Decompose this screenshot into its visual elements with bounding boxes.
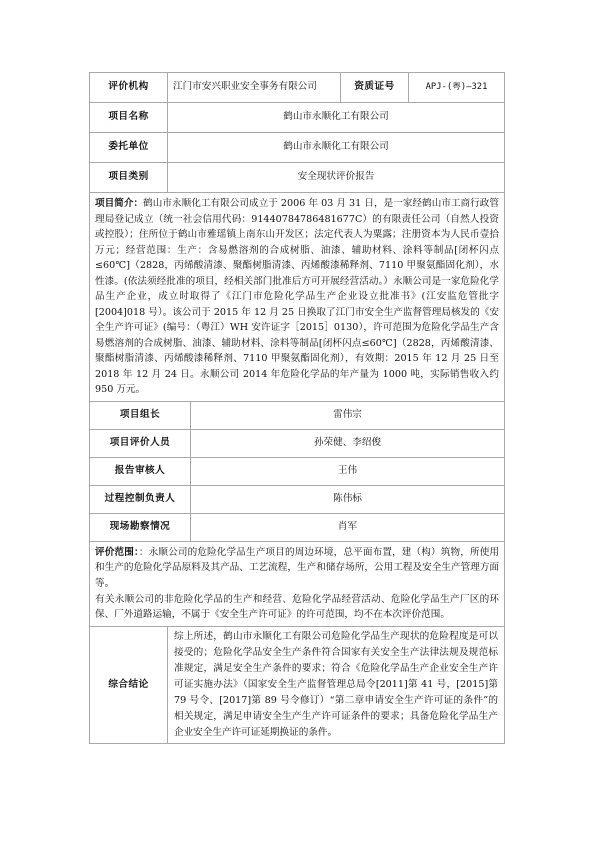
scope-text-1: ：永顺公司的危险化学品生产项目的周边环境，总平面布置，建（构）筑物，所使用和生产… bbox=[95, 547, 499, 589]
evaluators-label: 项目评价人员 bbox=[90, 429, 191, 457]
client-value: 鹤山市永顺化工有限公司 bbox=[168, 133, 505, 163]
team-leader-value: 雷伟宗 bbox=[191, 401, 505, 429]
row-scope: 评价范围：：永顺公司的危险化学品生产项目的周边环境，总平面布置，建（构）筑物，所… bbox=[90, 541, 505, 626]
scope-label: 评价范围： bbox=[95, 547, 139, 558]
info-table: 评价机构 江门市安兴职业安全事务有限公司 资质证号 APJ-(粤)—321 项目… bbox=[89, 72, 505, 744]
row-conclusion: 综合结论 综上所述，鹤山市永顺化工有限公司危险化学品生产现状的危险程度是可以接受… bbox=[90, 626, 505, 744]
row-evaluation-org: 评价机构 江门市安兴职业安全事务有限公司 资质证号 APJ-(粤)—321 bbox=[90, 73, 505, 103]
org-label: 评价机构 bbox=[90, 73, 168, 103]
category-value: 安全现状评价报告 bbox=[168, 163, 505, 193]
org-value: 江门市安兴职业安全事务有限公司 bbox=[168, 73, 341, 103]
intro-text: 鹤山市永顺化工有限公司成立于 2006 年 03 月 31 日，是一家经鹤山市工… bbox=[95, 198, 499, 395]
reviewer-value: 王伟 bbox=[191, 457, 505, 485]
intro-label: 项目简介： bbox=[95, 198, 143, 209]
cert-value: APJ-(粤)—321 bbox=[409, 73, 505, 103]
category-label: 项目类别 bbox=[90, 163, 168, 193]
conclusion-label: 综合结论 bbox=[90, 626, 168, 744]
row-reviewer: 报告审核人 王伟 bbox=[90, 457, 505, 485]
cert-label: 资质证号 bbox=[341, 73, 409, 103]
site-survey-value: 肖军 bbox=[191, 513, 505, 541]
evaluation-scope: 评价范围：：永顺公司的危险化学品生产项目的周边环境，总平面布置，建（构）筑物，所… bbox=[90, 541, 505, 626]
project-intro: 项目简介：鹤山市永顺化工有限公司成立于 2006 年 03 月 31 日，是一家… bbox=[90, 193, 505, 402]
site-survey-label: 现场勘察情况 bbox=[90, 513, 191, 541]
process-control-label: 过程控制负责人 bbox=[90, 485, 191, 513]
project-name-label: 项目名称 bbox=[90, 103, 168, 133]
project-name-value: 鹤山市永顺化工有限公司 bbox=[168, 103, 505, 133]
row-team-leader: 项目组长 雷伟宗 bbox=[90, 401, 505, 429]
row-process-control: 过程控制负责人 陈伟标 bbox=[90, 485, 505, 513]
reviewer-label: 报告审核人 bbox=[90, 457, 191, 485]
evaluators-value: 孙荣健、李绍俊 bbox=[191, 429, 505, 457]
evaluation-info-form: 评价机构 江门市安兴职业安全事务有限公司 资质证号 APJ-(粤)—321 项目… bbox=[89, 72, 504, 744]
row-project-name: 项目名称 鹤山市永顺化工有限公司 bbox=[90, 103, 505, 133]
row-client: 委托单位 鹤山市永顺化工有限公司 bbox=[90, 133, 505, 163]
row-project-intro: 项目简介：鹤山市永顺化工有限公司成立于 2006 年 03 月 31 日，是一家… bbox=[90, 193, 505, 402]
row-site-survey: 现场勘察情况 肖军 bbox=[90, 513, 505, 541]
process-control-value: 陈伟标 bbox=[191, 485, 505, 513]
conclusion-text: 综上所述，鹤山市永顺化工有限公司危险化学品生产现状的危险程度是可以接受的；危险化… bbox=[168, 626, 505, 744]
team-leader-label: 项目组长 bbox=[90, 401, 191, 429]
scope-text-2: 有关永顺公司的非危险化学品的生产和经营、危险化学品经营活动、危险化学品生产厂区的… bbox=[95, 592, 499, 623]
client-label: 委托单位 bbox=[90, 133, 168, 163]
row-category: 项目类别 安全现状评价报告 bbox=[90, 163, 505, 193]
row-evaluators: 项目评价人员 孙荣健、李绍俊 bbox=[90, 429, 505, 457]
